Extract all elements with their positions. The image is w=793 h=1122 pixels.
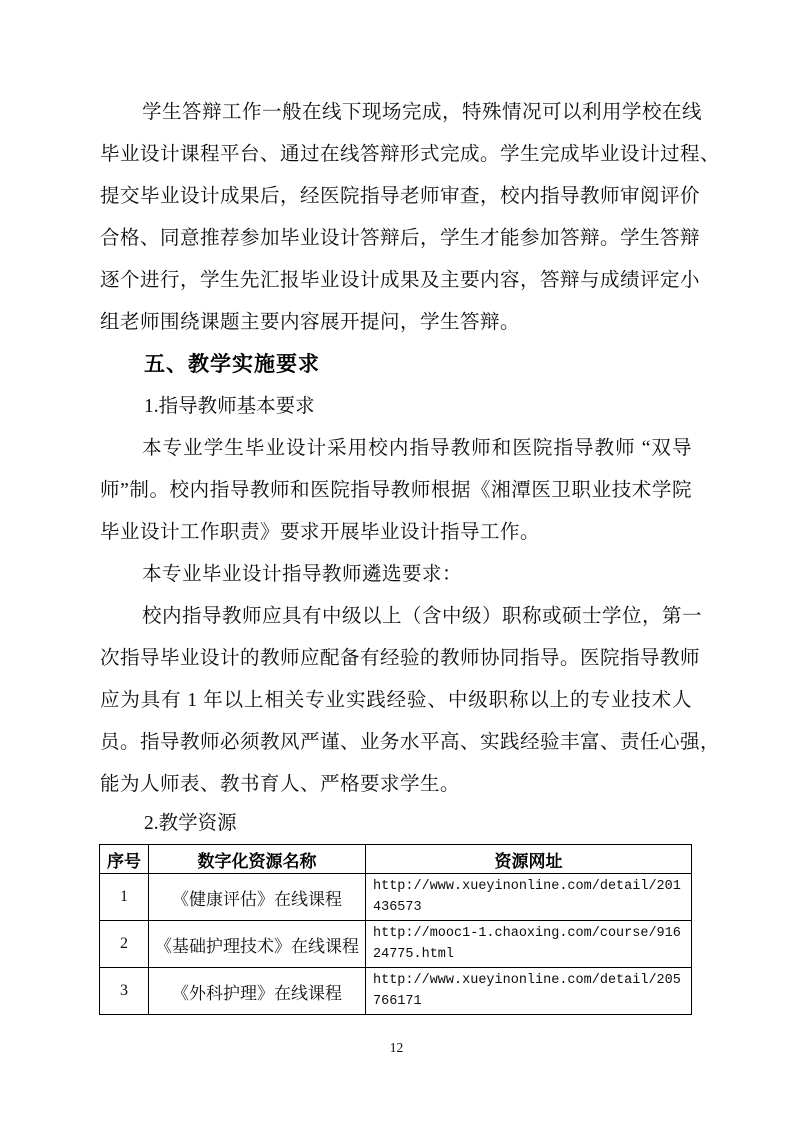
paragraph-line: 提交毕业设计成果后，经医院指导老师审查，校内指导教师审阅评价	[100, 176, 692, 218]
section-heading: 五、教学实施要求	[100, 344, 692, 386]
page-number: 12	[0, 1040, 793, 1056]
paragraph-line: 毕业设计工作职责》要求开展毕业设计指导工作。	[100, 512, 692, 554]
paragraph-tutor-criteria: 校内指导教师应具有中级以上（含中级）职称或硕士学位，第一 次指导毕业设计的教师应…	[100, 596, 692, 806]
paragraph-line: 毕业设计课程平台、通过在线答辩形式完成。学生完成毕业设计过程、	[100, 134, 692, 176]
paragraph-line: 师”制。校内指导教师和医院指导教师根据《湘潭医卫职业技术学院	[100, 470, 692, 512]
document-page: 学生答辩工作一般在线下现场完成，特殊情况可以利用学校在线 毕业设计课程平台、通过…	[0, 0, 793, 1122]
url-text-line: 436573	[373, 897, 689, 918]
cell-serial-number: 3	[100, 968, 149, 1015]
paragraph-line: 校内指导教师应具有中级以上（含中级）职称或硕士学位，第一	[100, 596, 692, 638]
cell-resource-url: http://mooc1-1.chaoxing.com/course/916 2…	[366, 921, 692, 968]
cell-resource-url: http://www.xueyinonline.com/detail/205 7…	[366, 968, 692, 1015]
url-text-line: 766171	[373, 991, 689, 1012]
selection-requirement-line: 本专业毕业设计指导教师遴选要求：	[100, 554, 692, 596]
paragraph-line: 次指导毕业设计的教师应配备有经验的教师协同指导。医院指导教师	[100, 638, 692, 680]
paragraph-line: 能为人师表、教书育人、严格要求学生。	[100, 764, 692, 806]
table-row: 2 《基础护理技术》在线课程 http://mooc1-1.chaoxing.c…	[100, 921, 692, 968]
paragraph-line: 逐个进行，学生先汇报毕业设计成果及主要内容，答辩与成绩评定小	[100, 260, 692, 302]
paragraph-defense: 学生答辩工作一般在线下现场完成，特殊情况可以利用学校在线 毕业设计课程平台、通过…	[100, 92, 692, 344]
paragraph-line: 员。指导教师必须教风严谨、业务水平高、实践经验丰富、责任心强，	[100, 722, 692, 764]
header-resource-url: 资源网址	[366, 845, 692, 874]
url-text-line: http://mooc1-1.chaoxing.com/course/916	[373, 923, 689, 944]
subsection-title-1: 1.指导教师基本要求	[100, 386, 692, 428]
paragraph-line: 组老师围绕课题主要内容展开提问，学生答辩。	[100, 302, 692, 344]
url-text-line: http://www.xueyinonline.com/detail/205	[373, 970, 689, 991]
table-header-row: 序号 数字化资源名称 资源网址	[100, 845, 692, 874]
paragraph-line: 学生答辩工作一般在线下现场完成，特殊情况可以利用学校在线	[100, 92, 692, 134]
url-text-line: http://www.xueyinonline.com/detail/201	[373, 876, 689, 897]
header-resource-name: 数字化资源名称	[149, 845, 366, 874]
header-serial-number: 序号	[100, 845, 149, 874]
cell-resource-url: http://www.xueyinonline.com/detail/201 4…	[366, 874, 692, 921]
resource-table: 序号 数字化资源名称 资源网址 1 《健康评估》在线课程 http://www.…	[99, 844, 692, 1015]
document-content: 学生答辩工作一般在线下现场完成，特殊情况可以利用学校在线 毕业设计课程平台、通过…	[100, 0, 692, 1015]
paragraph-line: 合格、同意推荐参加毕业设计答辩后，学生才能参加答辩。学生答辩	[100, 218, 692, 260]
cell-serial-number: 2	[100, 921, 149, 968]
table-row: 1 《健康评估》在线课程 http://www.xueyinonline.com…	[100, 874, 692, 921]
table-row: 3 《外科护理》在线课程 http://www.xueyinonline.com…	[100, 968, 692, 1015]
cell-resource-name: 《健康评估》在线课程	[149, 874, 366, 921]
cell-serial-number: 1	[100, 874, 149, 921]
cell-resource-name: 《基础护理技术》在线课程	[149, 921, 366, 968]
subsection-title-2: 2.教学资源	[100, 806, 692, 844]
url-text-line: 24775.html	[373, 944, 689, 965]
paragraph-dual-tutor: 本专业学生毕业设计采用校内指导教师和医院指导教师 “双导 师”制。校内指导教师和…	[100, 428, 692, 554]
paragraph-line: 本专业学生毕业设计采用校内指导教师和医院指导教师 “双导	[100, 428, 692, 470]
cell-resource-name: 《外科护理》在线课程	[149, 968, 366, 1015]
paragraph-line: 应为具有 1 年以上相关专业实践经验、中级职称以上的专业技术人	[100, 680, 692, 722]
